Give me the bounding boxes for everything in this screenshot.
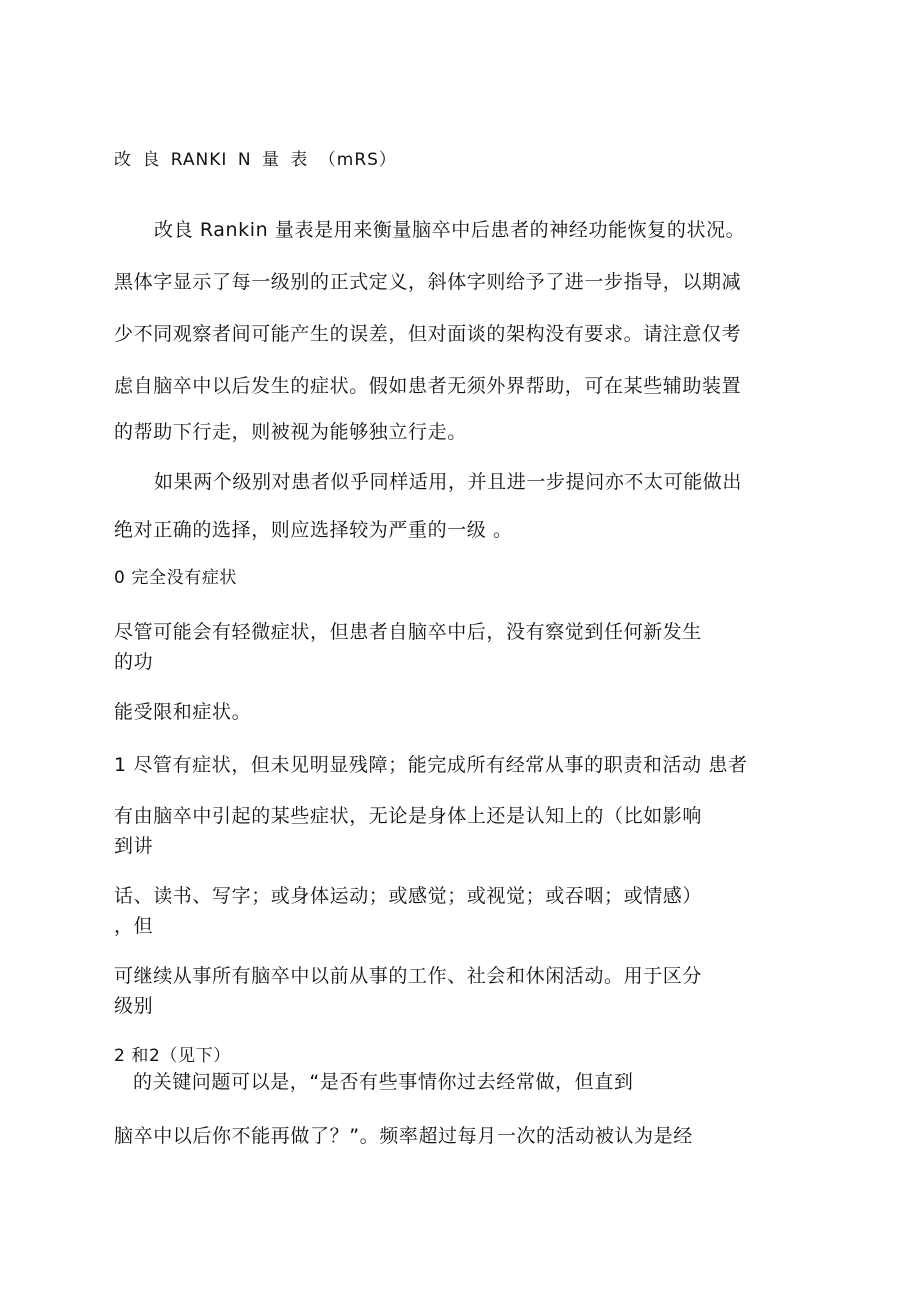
level-1-line-3: 话、读书、写字；或身体运动；或感觉；或视觉；或吞咽；或情感）: [114, 884, 702, 908]
level-1-line-8: 的关键问题可以是，“是否有些事情你过去经常做，但直到: [133, 1070, 633, 1094]
level-1-line-5: 可继续从事所有脑卒中以前从事的工作、社会和休闲活动。用于区分: [114, 964, 702, 988]
rule-line-2: 绝对正确的选择，则应选择较为严重的一级 。: [114, 518, 513, 542]
level-1-heading: 1 尽管有症状，但未见明显残障；能完成所有经常从事的职责和活动 患者: [114, 753, 748, 777]
level-1-line-2: 到讲: [114, 834, 153, 858]
intro-line-4: 虑自脑卒中以后发生的症状。假如患者无须外界帮助，可在某些辅助装置: [114, 374, 741, 398]
level-0-line-2: 的功: [114, 650, 153, 674]
level-0-line-3: 能受限和症状。: [114, 700, 251, 724]
document-title: 改 良 RANKI N 量 表 （mRS）: [114, 148, 397, 172]
level-1-line-6: 级别: [114, 994, 153, 1018]
level-1-line-7: 2 和2（见下）: [114, 1044, 231, 1068]
intro-line-5: 的帮助下行走，则被视为能够独立行走。: [114, 420, 467, 444]
intro-line-2: 黑体字显示了每一级别的正式定义，斜体字则给予了进一步指导，以期减: [114, 270, 741, 294]
level-1-line-4: ，但: [114, 914, 153, 938]
level-1-line-1: 有由脑卒中引起的某些症状，无论是身体上还是认知上的（比如影响: [114, 804, 702, 828]
intro-line-3: 少不同观察者间可能产生的误差，但对面谈的架构没有要求。请注意仅考: [114, 322, 741, 346]
rule-line-1: 如果两个级别对患者似乎同样适用，并且进一步提问亦不太可能做出: [154, 470, 742, 494]
document-page: 改 良 RANKI N 量 表 （mRS） 改良 Rankin 量表是用来衡量脑…: [0, 0, 920, 1303]
intro-line-1: 改良 Rankin 量表是用来衡量脑卒中后患者的神经功能恢复的状况。: [154, 218, 745, 242]
level-0-line-1: 尽管可能会有轻微症状，但患者自脑卒中后，没有察觉到任何新发生: [114, 620, 702, 644]
level-0-heading: 0 完全没有症状: [114, 566, 237, 590]
level-1-line-9: 脑卒中以后你不能再做了？”。频率超过每月一次的活动被认为是经: [114, 1124, 693, 1148]
